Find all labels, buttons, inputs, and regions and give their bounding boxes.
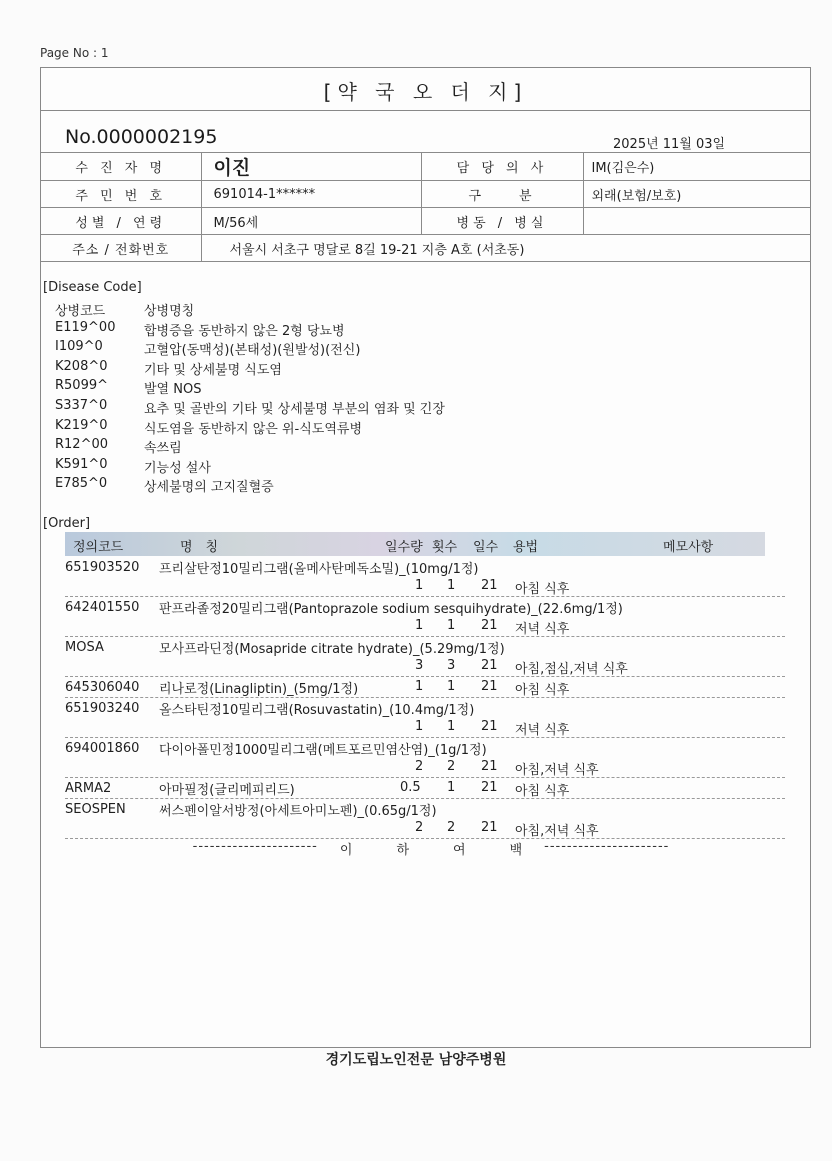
disease-section-label: [Disease Code]	[43, 280, 142, 295]
disease-code: S337^0	[55, 398, 144, 418]
disease-code: K591^0	[55, 457, 144, 477]
order-code: 642401550	[65, 600, 159, 615]
doctor: IM(김은수)	[583, 153, 811, 181]
order-usage: 아침 식후	[515, 679, 569, 698]
order-drug-name: 모사프라딘정(Mosapride citrate hydrate)_(5.29m…	[159, 638, 505, 657]
end-word: 여	[453, 843, 466, 858]
patient-name-label: 수 진 자 명	[41, 153, 201, 181]
ward	[583, 208, 811, 235]
patient-id-row: 주 민 번 호 691014-1****** 구 분 외래(보험/보호)	[41, 181, 811, 208]
order-daily: 1	[415, 618, 423, 633]
order-times: 1	[447, 719, 455, 734]
order-usage: 아침,저녁 식후	[515, 820, 599, 839]
order-drug-name: 올스타틴정10밀리그램(Rosuvastatin)_(10.4mg/1정)	[159, 699, 474, 718]
order-times: 2	[447, 759, 455, 774]
order-code: 651903520	[65, 560, 159, 575]
disease-row: K219^0식도염을 동반하지 않은 위-식도역류병	[55, 418, 445, 438]
order-days: 21	[481, 618, 498, 633]
order-times: 1	[447, 578, 455, 593]
col-code: 정의코드	[73, 536, 123, 555]
disease-name: 고혈압(동맥성)(본태성)(원발성)(전신)	[144, 339, 360, 359]
order-row: 642401550판프라졸정20밀리그램(Pantoprazole sodium…	[65, 597, 785, 637]
disease-name: 식도염을 동반하지 않은 위-식도역류병	[144, 418, 362, 438]
disease-code: R5099^	[55, 378, 144, 398]
end-word: 백	[510, 843, 523, 858]
order-times: 1	[447, 618, 455, 633]
order-row: ARMA2아마필정(글리메피리드)0.5121아침 식후	[65, 778, 785, 799]
order-daily: 1	[415, 719, 423, 734]
order-days: 21	[481, 679, 498, 694]
order-usage: 저녁 식후	[515, 618, 569, 637]
page-number: Page No : 1	[40, 46, 109, 60]
order-drug-name: 다이아폴민정1000밀리그램(메트포르민염산염)_(1g/1정)	[159, 739, 487, 758]
order-days: 21	[481, 578, 498, 593]
disease-code: K219^0	[55, 418, 144, 438]
order-number: No.0000002195	[65, 126, 217, 148]
disease-row: R5099^발열 NOS	[55, 378, 445, 398]
order-section-label: [Order]	[43, 516, 90, 531]
order-row: 651903240올스타틴정10밀리그램(Rosuvastatin)_(10.4…	[65, 698, 785, 738]
address-row: 주소 / 전화번호 서울시 서초구 명달로 8길 19-21 지층 A호 (서초…	[41, 235, 811, 262]
order-table-header: 정의코드 명 칭 일수량 횟수 일수 용법 메모사항	[65, 532, 765, 556]
order-code: 694001860	[65, 741, 159, 756]
sex-age-label: 성별 / 연령	[41, 208, 201, 235]
disease-list: 상병코드 상병명칭 E119^00합병증을 동반하지 않은 2형 당뇨병 I10…	[55, 300, 445, 496]
disease-row: E119^00합병증을 동반하지 않은 2형 당뇨병	[55, 320, 445, 340]
disease-code: E785^0	[55, 476, 144, 496]
col-usage: 용법	[513, 536, 538, 555]
disease-name-header: 상병명칭	[144, 300, 194, 320]
end-word: 하	[396, 843, 409, 858]
order-times: 3	[447, 658, 455, 673]
disease-name: 속쓰림	[144, 437, 182, 457]
disease-row: I109^0고혈압(동맥성)(본태성)(원발성)(전신)	[55, 339, 445, 359]
disease-name: 상세불명의 고지질혈증	[144, 476, 274, 496]
order-row: 694001860다이아폴민정1000밀리그램(메트포르민염산염)_(1g/1정…	[65, 738, 785, 778]
end-words: 이하여백	[318, 839, 544, 858]
patient-name: 이진	[201, 153, 421, 181]
order-daily: 2	[415, 820, 423, 835]
order-drug-name: 리나로정(Linagliptin)_(5mg/1정)	[159, 678, 358, 697]
order-times: 1	[447, 679, 455, 694]
end-dash-right: ----------------------	[544, 839, 669, 858]
visit-type-label: 구 분	[421, 181, 583, 208]
order-times: 2	[447, 820, 455, 835]
document-title: [약 국 오 더 지]	[41, 76, 810, 105]
order-drug-name: 아마필정(글리메피리드)	[159, 779, 295, 798]
order-drug-name: 써스펜이알서방정(아세트아미노펜)_(0.65g/1정)	[159, 800, 437, 819]
col-name: 명 칭	[180, 536, 218, 555]
order-row: SEOSPEN써스펜이알서방정(아세트아미노펜)_(0.65g/1정)2221아…	[65, 799, 785, 839]
disease-code-header: 상병코드	[55, 300, 144, 320]
order-row: 645306040리나로정(Linagliptin)_(5mg/1정)1121아…	[65, 677, 785, 698]
order-number-row: No.0000002195 2025년 11월 03일	[41, 110, 810, 152]
order-usage: 아침 식후	[515, 578, 569, 597]
disease-row: S337^0요추 및 골반의 기타 및 상세불명 부분의 염좌 및 긴장	[55, 398, 445, 418]
end-word: 이	[340, 843, 353, 858]
disease-row: E785^0상세불명의 고지질혈증	[55, 476, 445, 496]
order-code: 651903240	[65, 701, 159, 716]
disease-code: R12^00	[55, 437, 144, 457]
ward-label: 병동 / 병실	[421, 208, 583, 235]
order-times: 1	[447, 780, 455, 795]
end-dash-left: ----------------------	[193, 839, 318, 858]
sex-age: M/56세	[201, 208, 421, 235]
disease-header: 상병코드 상병명칭	[55, 300, 445, 320]
disease-name: 요추 및 골반의 기타 및 상세불명 부분의 염좌 및 긴장	[144, 398, 445, 418]
order-drug-name: 프리살탄정10밀리그램(올메사탄메독소밀)_(10mg/1정)	[159, 558, 478, 577]
disease-name: 기능성 설사	[144, 457, 211, 477]
end-of-list-mark: ---------------------- 이하여백 ------------…	[101, 839, 761, 858]
patient-id-label: 주 민 번 호	[41, 181, 201, 208]
order-sheet: [약 국 오 더 지] No.0000002195 2025년 11월 03일 …	[40, 67, 811, 1048]
order-usage: 아침,저녁 식후	[515, 759, 599, 778]
hospital-name: 경기도립노인전문 남양주병원	[0, 1049, 832, 1069]
order-row: 651903520프리살탄정10밀리그램(올메사탄메독소밀)_(10mg/1정)…	[65, 557, 785, 597]
order-daily: 1	[415, 679, 423, 694]
patient-info-table: 수 진 자 명 이진 담 당 의 사 IM(김은수) 주 민 번 호 69101…	[41, 152, 811, 262]
order-daily: 1	[415, 578, 423, 593]
disease-name: 합병증을 동반하지 않은 2형 당뇨병	[144, 320, 345, 340]
col-memo: 메모사항	[663, 536, 713, 555]
col-daily: 일수량	[385, 536, 423, 555]
order-list: 651903520프리살탄정10밀리그램(올메사탄메독소밀)_(10mg/1정)…	[65, 557, 785, 839]
disease-name: 발열 NOS	[144, 378, 201, 398]
patient-id: 691014-1******	[201, 181, 421, 208]
disease-code: I109^0	[55, 339, 144, 359]
order-code: ARMA2	[65, 781, 159, 796]
col-times: 횟수	[432, 536, 457, 555]
disease-row: K208^0기타 및 상세불명 식도염	[55, 359, 445, 379]
order-usage: 아침 식후	[515, 780, 569, 799]
order-drug-name: 판프라졸정20밀리그램(Pantoprazole sodium sesquihy…	[159, 598, 623, 617]
order-days: 21	[481, 820, 498, 835]
order-daily: 2	[415, 759, 423, 774]
doctor-label: 담 당 의 사	[421, 153, 583, 181]
order-daily: 3	[415, 658, 423, 673]
order-date: 2025년 11월 03일	[613, 133, 725, 152]
address-label: 주소 / 전화번호	[41, 235, 201, 262]
col-days: 일수	[473, 536, 498, 555]
order-usage: 아침,점심,저녁 식후	[515, 658, 628, 677]
order-row: MOSA모사프라딘정(Mosapride citrate hydrate)_(5…	[65, 637, 785, 677]
disease-name: 기타 및 상세불명 식도염	[144, 359, 282, 379]
disease-row: R12^00속쓰림	[55, 437, 445, 457]
order-days: 21	[481, 759, 498, 774]
disease-row: K591^0기능성 설사	[55, 457, 445, 477]
patient-name-row: 수 진 자 명 이진 담 당 의 사 IM(김은수)	[41, 153, 811, 181]
visit-type: 외래(보험/보호)	[583, 181, 811, 208]
title-row: [약 국 오 더 지]	[41, 68, 810, 111]
disease-code: K208^0	[55, 359, 144, 379]
disease-code: E119^00	[55, 320, 144, 340]
order-code: SEOSPEN	[65, 802, 159, 817]
order-days: 21	[481, 719, 498, 734]
order-days: 21	[481, 780, 498, 795]
sex-age-row: 성별 / 연령 M/56세 병동 / 병실	[41, 208, 811, 235]
order-days: 21	[481, 658, 498, 673]
order-usage: 저녁 식후	[515, 719, 569, 738]
address: 서울시 서초구 명달로 8길 19-21 지층 A호 (서초동)	[201, 235, 811, 262]
order-code: MOSA	[65, 640, 159, 655]
order-code: 645306040	[65, 680, 159, 695]
order-daily: 0.5	[400, 780, 421, 795]
